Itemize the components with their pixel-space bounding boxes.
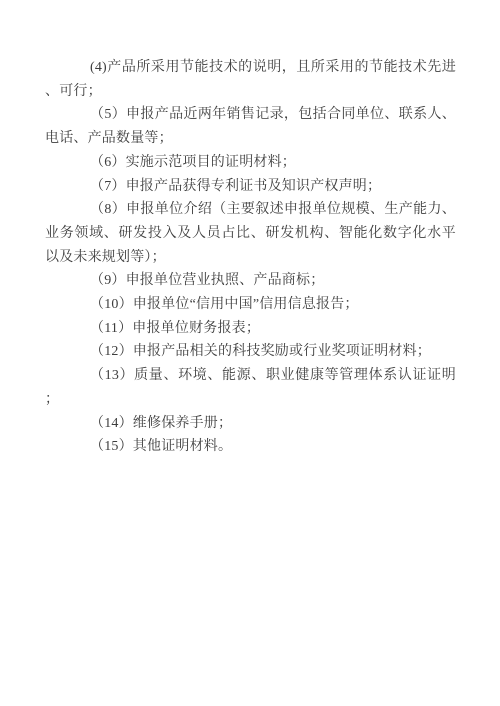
list-item: （9）申报单位营业执照、产品商标； — [45, 269, 456, 293]
list-item: （12）申报产品相关的科技奖励或行业奖项证明材料； — [45, 340, 456, 364]
document-page: (4)产品所采用节能技术的说明，且所采用的节能技术先进、可行； （5）申报产品近… — [0, 0, 500, 706]
list-item: （11）申报单位财务报表； — [45, 317, 456, 341]
list-item: （7）申报产品获得专利证书及知识产权声明； — [45, 175, 456, 199]
document-content: (4)产品所采用节能技术的说明，且所采用的节能技术先进、可行； （5）申报产品近… — [45, 56, 456, 459]
list-item: （13）质量、环境、能源、职业健康等管理体系认证证明； — [45, 364, 456, 411]
list-item: （6）实施示范项目的证明材料； — [45, 151, 456, 175]
list-item: （15）其他证明材料。 — [45, 435, 456, 459]
list-item: （14）维修保养手册； — [45, 412, 456, 436]
list-item: （5）申报产品近两年销售记录，包括合同单位、联系人、电话、产品数量等； — [45, 103, 456, 150]
list-item: （8）申报单位介绍（主要叙述申报单位规模、生产能力、业务领域、研发投入及人员占比… — [45, 198, 456, 269]
list-item: (4)产品所采用节能技术的说明，且所采用的节能技术先进、可行； — [45, 56, 456, 103]
list-item: （10）申报单位“信用中国”信用信息报告； — [45, 293, 456, 317]
